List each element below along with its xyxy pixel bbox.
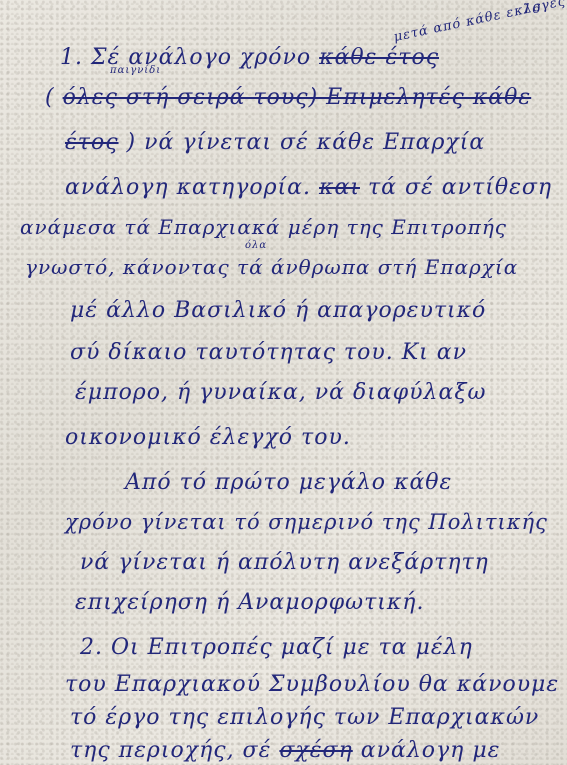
manuscript-page: 16 μετά από κάθε εκλογές 1. Σέ ανάλογο χ…	[0, 0, 567, 765]
text-line-5: ανάμεσα τά Επαρχιακά μέρη της Επιτροπής	[20, 215, 507, 239]
text-line-6: γνωστό, κάνοντας τά άνθρωπα στή Επαρχία	[25, 255, 518, 279]
text-line-2: ( όλες στή σειρά τους) Επιμελητές κάθε	[45, 85, 531, 110]
insertion-line-6: όλα	[245, 240, 267, 251]
text-line-9: έμπορο, ή γυναίκα, νά διαφύλαξω	[75, 380, 486, 405]
text-line-11: Από τό πρώτο μεγάλο κάθε	[125, 470, 452, 495]
text-line-12: χρόνο γίνεται τό σημερινό της Πολιτικής	[65, 510, 548, 534]
text-line-14: επιχείρηση ή Αναμορφωτική.	[75, 590, 424, 615]
text-line-8: σύ δίκαιο ταυτότητας του. Κι αν	[70, 340, 467, 365]
insertion-line-1: μετά από κάθε εκλογές	[392, 0, 567, 45]
text-line-16: του Επαρχιακού Συμβουλίου θα κάνουμε	[65, 672, 559, 697]
text-line-10: οικονομικό έλεγχό του.	[65, 425, 351, 450]
text-line-15: 2. Οι Επιτροπές μαζί με τα μέλη	[80, 635, 473, 660]
text-line-3: έτος ) νά γίνεται σέ κάθε Επαρχία	[65, 130, 485, 155]
text-line-17: τό έργο της επιλογής των Επαρχιακών	[70, 705, 539, 730]
text-line-7: μέ άλλο Βασιλικό ή απαγορευτικό	[70, 298, 486, 323]
text-line-13: νά γίνεται ή απόλυτη ανεξάρτητη	[80, 550, 489, 575]
text-line-18: της περιοχής, σέ σχέση ανάλογη με	[70, 738, 500, 763]
text-line-4: ανάλογη κατηγορία. και τά σέ αντίθεση	[65, 175, 552, 200]
insertion-line-2: παιγνίδι	[110, 65, 161, 76]
